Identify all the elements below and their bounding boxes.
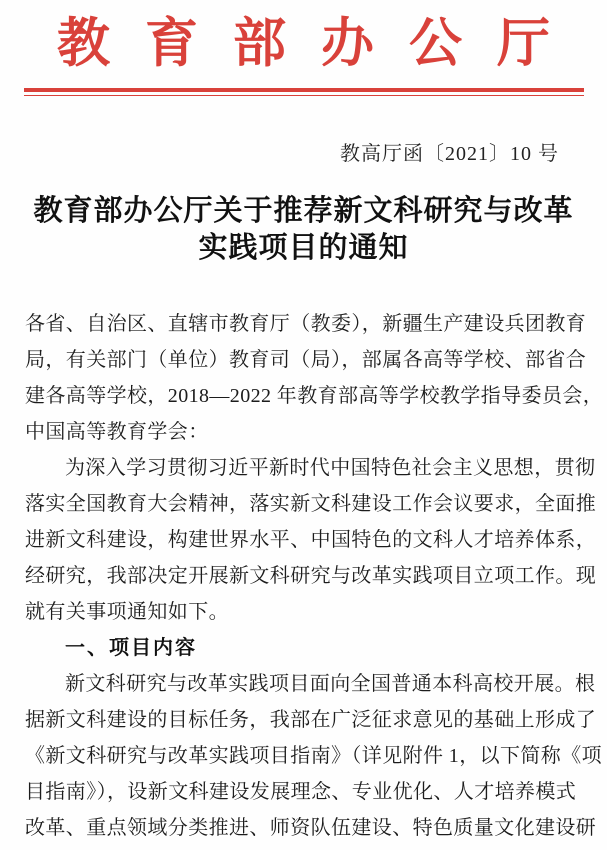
body-line: 就有关事项通知如下。 [25,594,583,630]
body-line: 建各高等学校，2018—2022 年教育部高等学校教学指导委员会， [25,378,583,414]
body-line: 局，有关部门（单位）教育司（局），部属各高等学校、部省合 [25,342,583,378]
body-line: 改革、重点领域分类推进、师资队伍建设、特色质量文化建设研 [25,810,583,846]
notice-title-line-2: 实践项目的通知 [0,230,607,267]
body-line: 经研究，我部决定开展新文科研究与改革实践项目立项工作。现 [25,558,583,594]
body-line: 目指南》），设新文科建设发展理念、专业优化、人才培养模式 [25,774,583,810]
body-line: 进新文科建设，构建世界水平、中国特色的文科人才培养体系， [25,522,583,558]
document-body: 各省、自治区、直辖市教育厅（教委），新疆生产建设兵团教育 局，有关部门（单位）教… [0,306,607,846]
body-line: 据新文科建设的目标任务，我部在广泛征求意见的基础上形成了 [25,702,583,738]
body-line: 中国高等教育学会： [25,414,583,450]
body-line: 为深入学习贯彻习近平新时代中国特色社会主义思想，贯彻 [25,450,583,486]
body-line: 各省、自治区、直辖市教育厅（教委），新疆生产建设兵团教育 [25,306,583,342]
section-heading-project-content: 一、项目内容 [25,630,583,666]
notice-title-line-1: 教育部办公厅关于推荐新文科研究与改革 [0,193,607,230]
body-line: 新文科研究与改革实践项目面向全国普通本科高校开展。根 [25,666,583,702]
body-line: 《新文科研究与改革实践项目指南》（详见附件 1，以下简称《项 [25,738,583,774]
document-reference-number: 教高厅函〔2021〕10 号 [0,141,607,167]
letterhead-agency-title: 教育部办公厅 [0,0,607,75]
notice-title: 教育部办公厅关于推荐新文科研究与改革 实践项目的通知 [0,193,607,267]
body-line: 落实全国教育大会精神，落实新文科建设工作会议要求，全面推 [25,486,583,522]
official-document-page: 教育部办公厅 教高厅函〔2021〕10 号 教育部办公厅关于推荐新文科研究与改革… [0,0,607,850]
red-separator-line [24,88,584,96]
